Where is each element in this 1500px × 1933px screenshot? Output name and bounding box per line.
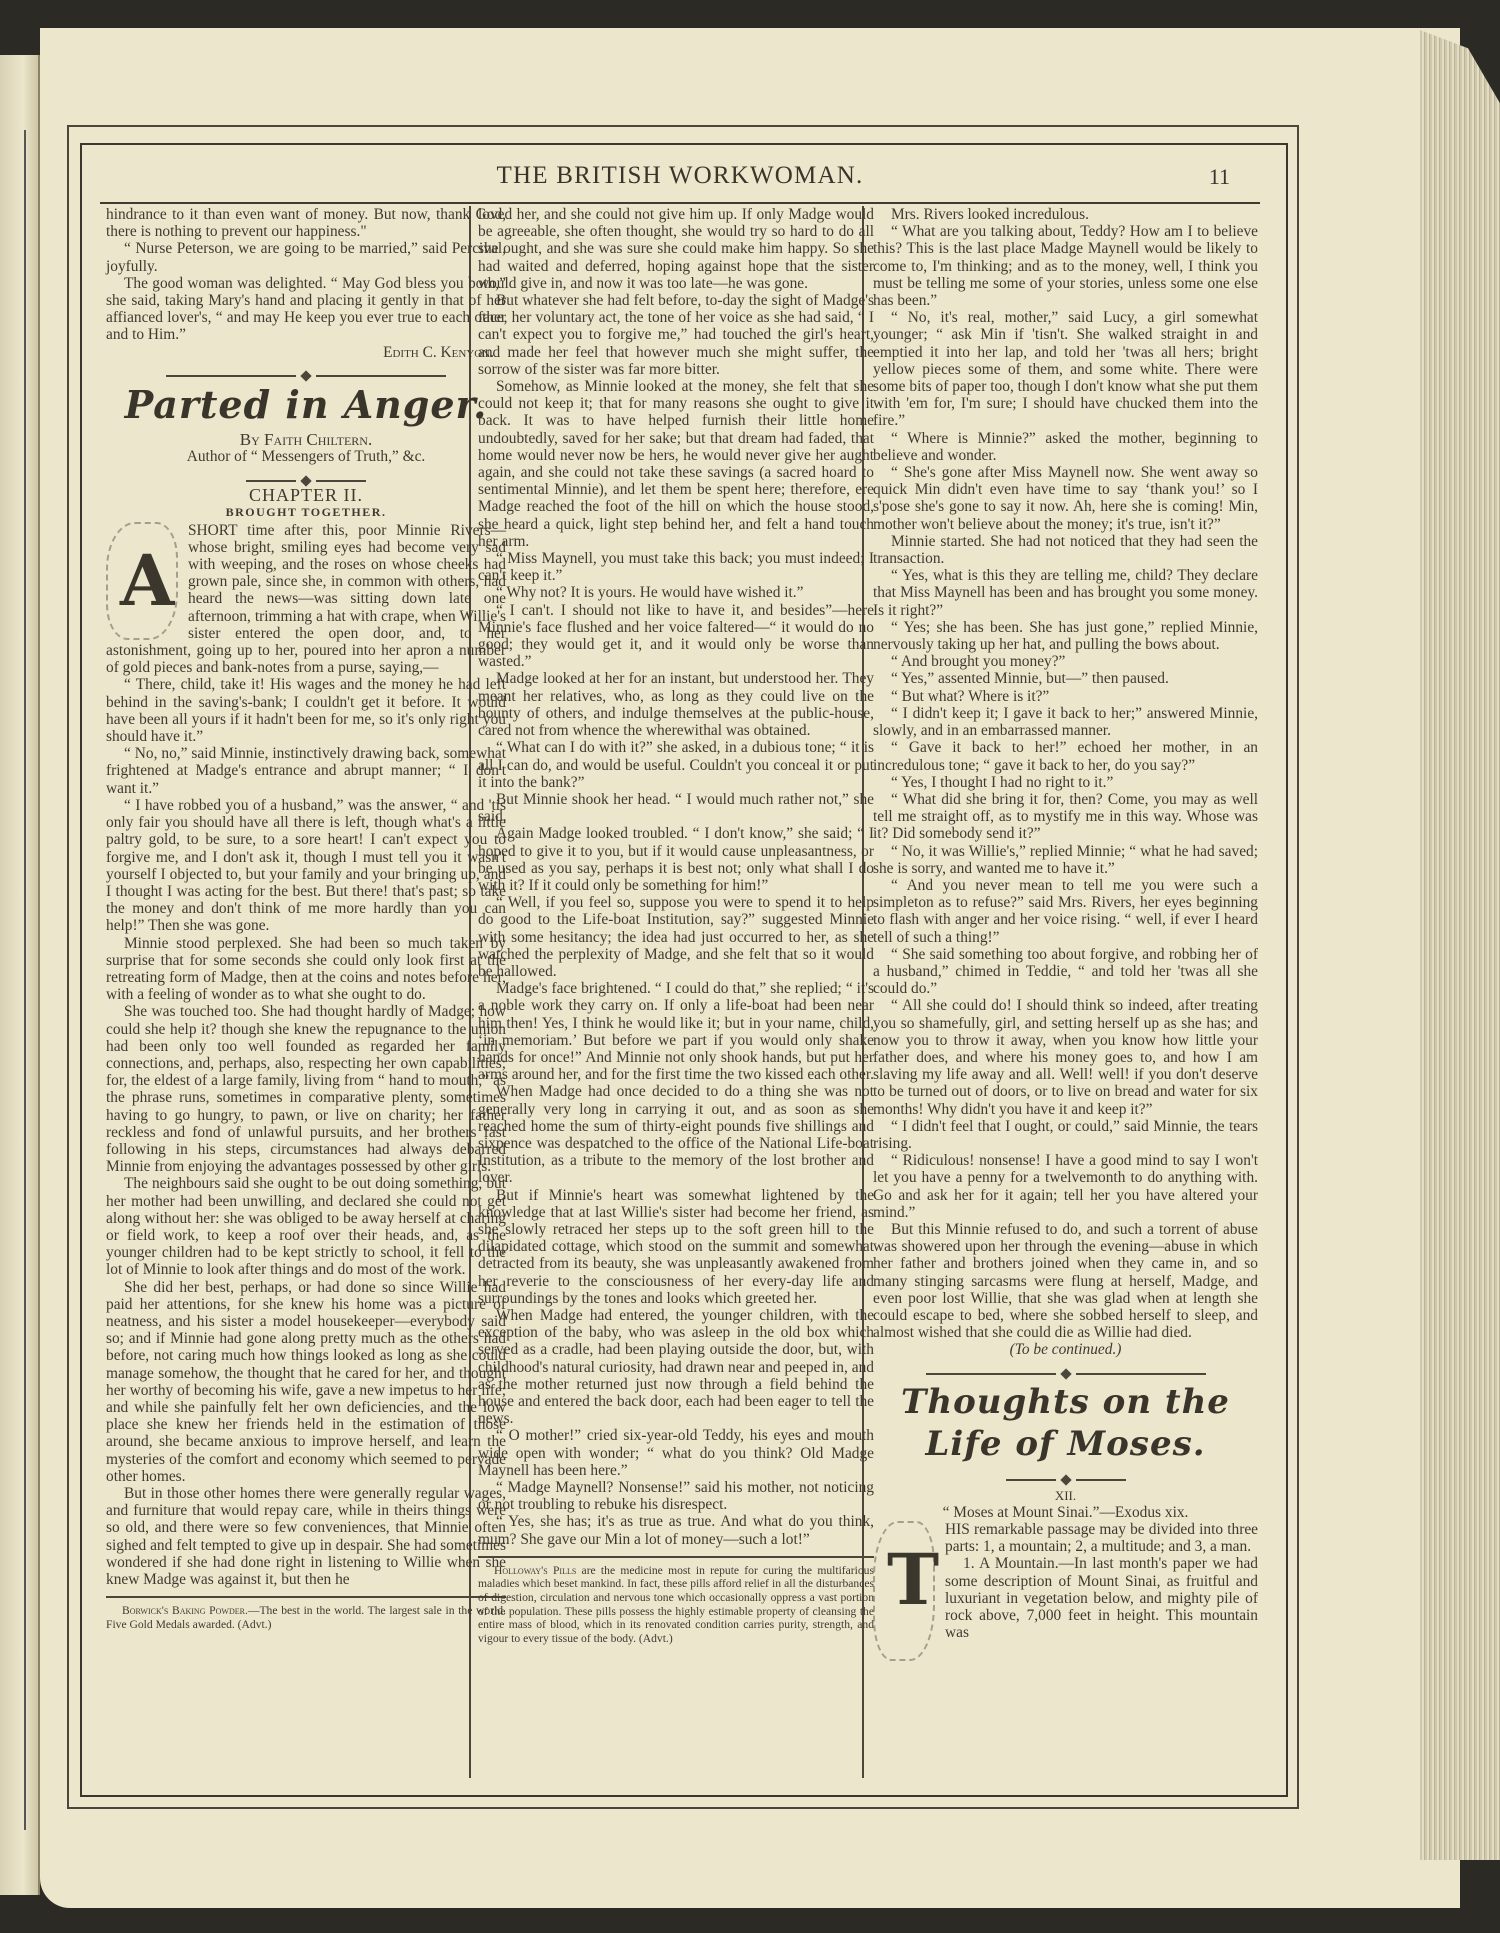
paragraph: “ She's gone after Miss Maynell now. She… (873, 464, 1258, 533)
paragraph: “ And brought you money?” (873, 653, 1258, 670)
paragraph: “ I can't. I should not like to have it,… (478, 602, 874, 671)
page-header: THE BRITISH WORKWOMAN. 11 (100, 160, 1260, 204)
paragraph: “ Miss Maynell, you must take this back;… (478, 550, 874, 584)
paragraph: “ What can I do with it?” she asked, in … (478, 739, 874, 791)
column-1: hindrance to it than even want of money.… (106, 206, 506, 1766)
advertisement-holloway: Holloway's Pills are the medicine most i… (478, 1556, 874, 1646)
author-note: Author of “ Messengers of Truth,” &c. (106, 448, 506, 465)
chapter-subtitle: BROUGHT TOGETHER. (106, 504, 506, 521)
paragraph: “ Where is Minnie?” asked the mother, be… (873, 430, 1258, 464)
diamond-ornament-icon (1060, 1474, 1071, 1485)
paragraph: “ Yes,” assented Minnie, but—” then paus… (873, 670, 1258, 687)
article-number: XII. (873, 1487, 1258, 1504)
paragraph: “ Yes, what is this they are telling me,… (873, 567, 1258, 619)
paragraph: But in those other homes there were gene… (106, 1485, 506, 1588)
paragraph: When Madge had entered, the younger chil… (478, 1307, 874, 1427)
paragraph: Minnie started. She had not noticed that… (873, 533, 1258, 567)
column-3: Mrs. Rivers looked incredulous. “ What a… (873, 206, 1258, 1766)
paragraph: The neighbours said she ought to be out … (106, 1175, 506, 1278)
paragraph: “ What did she bring it for, then? Come,… (873, 791, 1258, 843)
paragraph: Madge's face brightened. “ I could do th… (478, 980, 874, 1083)
paragraph: “ O mother!” cried six-year-old Teddy, h… (478, 1427, 874, 1479)
paragraph: She was touched too. She had thought har… (106, 1003, 506, 1175)
paragraph: hindrance to it than even want of money.… (106, 206, 506, 240)
paragraph: But Minnie shook her head. “ I would muc… (478, 791, 874, 825)
paragraph: “ No, it's real, mother,” said Lucy, a g… (873, 309, 1258, 429)
paragraph: “ Gave it back to her!” echoed her mothe… (873, 739, 1258, 773)
byline: By Faith Chiltern. (106, 431, 506, 448)
advertisement-borwick: Borwick's Baking Powder.—The best in the… (106, 1596, 506, 1631)
diamond-ornament-icon (1060, 1368, 1071, 1379)
paragraph: “ No, it was Willie's,” replied Minnie; … (873, 843, 1258, 877)
column-2: loved her, and she could not give him up… (478, 206, 874, 1766)
left-page-rule (24, 130, 26, 1830)
advert-name: Borwick's Baking Powder. (122, 1604, 248, 1617)
author-signature: Edith C. Kenyon. (106, 344, 494, 361)
paragraph: “ I didn't feel that I ought, or could,”… (873, 1118, 1258, 1152)
dropcap-letter: A (120, 542, 164, 620)
paragraph: “ I have robbed you of a husband,” was t… (106, 797, 506, 935)
paragraph: “ Well, if you feel so, suppose you were… (478, 894, 874, 980)
paragraph: Mrs. Rivers looked incredulous. (873, 206, 1258, 223)
left-page-edge (0, 55, 40, 1895)
paragraph: “ There, child, take it! His wages and t… (106, 676, 506, 745)
paragraph: “ No, no,” said Minnie, instinctively dr… (106, 745, 506, 797)
ornament-divider (873, 1365, 1258, 1375)
paragraph: “ Why not? It is yours. He would have wi… (478, 584, 874, 601)
paragraph: “ And you never mean to tell me you were… (873, 877, 1258, 946)
paragraph: loved her, and she could not give him up… (478, 206, 874, 292)
dropcap-letter: T (887, 1541, 931, 1619)
paragraph: “ Ridiculous! nonsense! I have a good mi… (873, 1152, 1258, 1221)
chapter-heading: CHAPTER II. (106, 487, 506, 504)
paragraph: “ I didn't keep it; I gave it back to he… (873, 705, 1258, 739)
paragraph: Again Madge looked troubled. “ I don't k… (478, 825, 874, 894)
paragraph: But if Minnie's heart was somewhat light… (478, 1187, 874, 1307)
page-number: 11 (1209, 164, 1230, 190)
paragraph: She did her best, perhaps, or had done s… (106, 1279, 506, 1485)
book-fore-edge (1420, 30, 1500, 1860)
diamond-ornament-icon (300, 371, 311, 382)
ornament-divider (106, 367, 506, 377)
ornament-divider (106, 471, 506, 481)
story-title: Parted in Anger. (106, 383, 506, 427)
to-be-continued: (To be continued.) (873, 1341, 1258, 1358)
illuminated-dropcap: A (106, 522, 178, 640)
paragraph: “ All she could do! I should think so in… (873, 997, 1258, 1117)
illuminated-dropcap: T (873, 1521, 935, 1661)
paragraph: “ She said something too about forgive, … (873, 946, 1258, 998)
paragraph: “ What are you talking about, Teddy? How… (873, 223, 1258, 309)
paragraph: “ Yes; she has been. She has just gone,”… (873, 619, 1258, 653)
paragraph: Madge looked at her for an instant, but … (478, 670, 874, 739)
paragraph: But this Minnie refused to do, and such … (873, 1221, 1258, 1341)
paragraph: The good woman was delighted. “ May God … (106, 275, 506, 344)
paragraph: “ But what? Where is it?” (873, 688, 1258, 705)
paragraph: “ Yes, I thought I had no right to it.” (873, 774, 1258, 791)
publication-title: THE BRITISH WORKWOMAN. (100, 162, 1260, 190)
paragraph: When Madge had once decided to do a thin… (478, 1083, 874, 1186)
paragraph: But whatever she had felt before, to-day… (478, 292, 874, 378)
advert-name: Holloway's Pills (494, 1564, 576, 1577)
article-title: Thoughts on the Life of Moses. (873, 1381, 1258, 1465)
paragraph: “ Madge Maynell? Nonsense!” said his mot… (478, 1479, 874, 1513)
paragraph: “ Nurse Peterson, we are going to be mar… (106, 240, 506, 274)
ornament-divider (873, 1471, 1258, 1481)
epigraph: “ Moses at Mount Sinai.”—Exodus xix. (873, 1504, 1258, 1521)
paragraph: Minnie stood perplexed. She had been so … (106, 935, 506, 1004)
paragraph: “ Yes, she has; it's as true as true. An… (478, 1513, 874, 1547)
paragraph: Somehow, as Minnie looked at the money, … (478, 378, 874, 550)
